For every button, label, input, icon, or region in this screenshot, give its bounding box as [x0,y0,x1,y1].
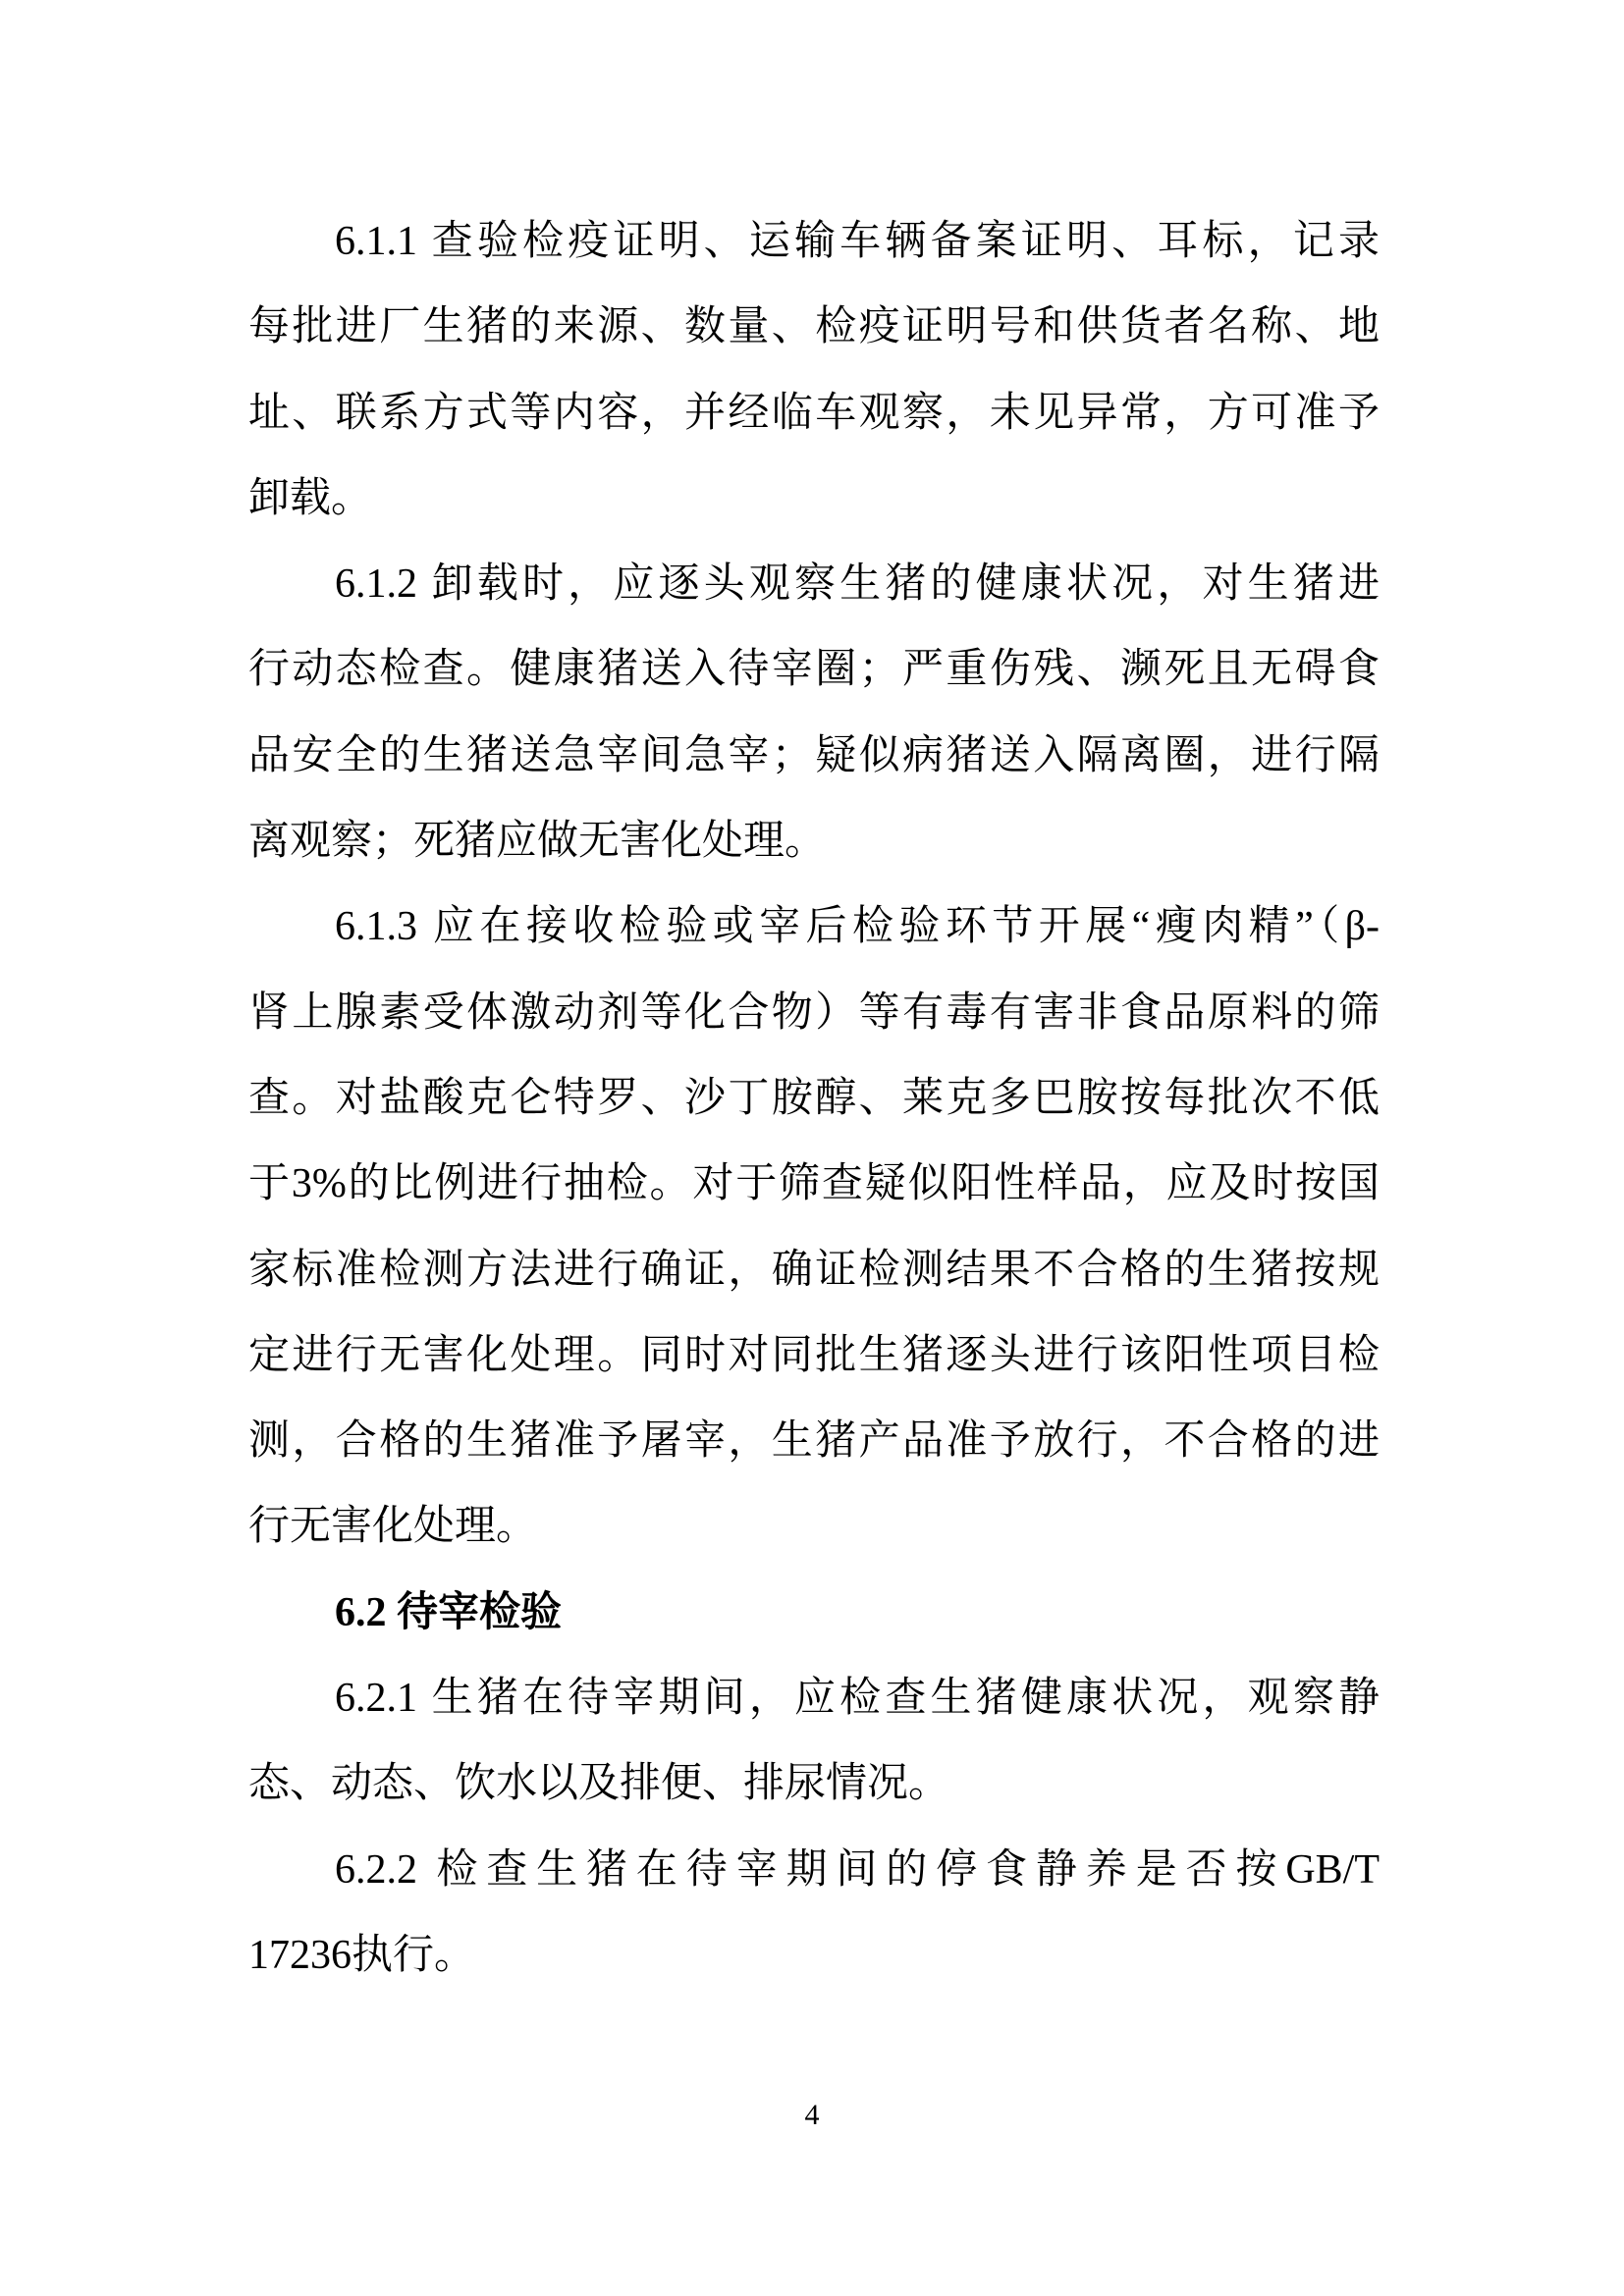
text-line: 查。对盐酸克仑特罗、沙丁胺醇、莱克多巴胺按每批次不低 [248,1056,1380,1142]
text-line: 肾上腺素受体激动剂等化合物）等有毒有害非食品原料的筛 [248,971,1380,1056]
paragraph-6-2-2: 6.2.2 检查生猪在待宰期间的停食静养是否按GB/T17236执行。 [248,1828,1380,2000]
text-line: 于3%的比例进行抽检。对于筛查疑似阳性样品，应及时按国 [248,1142,1380,1227]
document-page: 6.1.1 查验检疫证明、运输车辆备案证明、耳标，记录每批进厂生猪的来源、数量、… [0,0,1624,2296]
page-number: 4 [0,2099,1624,2131]
text-line: 6.1.1 查验检疫证明、运输车辆备案证明、耳标，记录 [248,199,1380,285]
paragraph-6-2-1: 6.2.1 生猪在待宰期间，应检查生猪健康状况，观察静态、动态、饮水以及排便、排… [248,1656,1380,1828]
paragraph-6-2: 6.2 待宰检验 [248,1571,1380,1656]
paragraph-6-1-1: 6.1.1 查验检疫证明、运输车辆备案证明、耳标，记录每批进厂生猪的来源、数量、… [248,199,1380,542]
text-line: 每批进厂生猪的来源、数量、检疫证明号和供货者名称、地 [248,285,1380,370]
paragraph-6-1-2: 6.1.2 卸载时，应逐头观察生猪的健康状况，对生猪进行动态检查。健康猪送入待宰… [248,542,1380,884]
paragraph-6-1-3: 6.1.3 应在接收检验或宰后检验环节开展“瘦肉精”（β-肾上腺素受体激动剂等化… [248,884,1380,1570]
text-line: 6.2 待宰检验 [248,1571,1380,1656]
text-line: 行无害化处理。 [248,1484,1380,1570]
text-line: 6.2.1 生猪在待宰期间，应检查生猪健康状况，观察静 [248,1656,1380,1741]
text-line: 品安全的生猪送急宰间急宰；疑似病猪送入隔离圈，进行隔 [248,714,1380,799]
text-line: 离观察；死猪应做无害化处理。 [248,799,1380,884]
text-line: 6.1.3 应在接收检验或宰后检验环节开展“瘦肉精”（β- [248,884,1380,970]
text-line: 行动态检查。健康猪送入待宰圈；严重伤残、濒死且无碍食 [248,627,1380,713]
text-line: 测，合格的生猪准予屠宰，生猪产品准予放行，不合格的进 [248,1399,1380,1484]
text-block: 6.1.1 查验检疫证明、运输车辆备案证明、耳标，记录每批进厂生猪的来源、数量、… [248,199,1380,1999]
text-line: 家标准检测方法进行确证，确证检测结果不合格的生猪按规 [248,1228,1380,1313]
text-line: 态、动态、饮水以及排便、排尿情况。 [248,1741,1380,1827]
text-line: 定进行无害化处理。同时对同批生猪逐头进行该阳性项目检 [248,1313,1380,1399]
text-line: 6.1.2 卸载时，应逐头观察生猪的健康状况，对生猪进 [248,542,1380,627]
text-line: 6.2.2 检查生猪在待宰期间的停食静养是否按GB/T [248,1828,1380,1913]
text-line: 17236执行。 [248,1913,1380,1999]
text-line: 址、联系方式等内容，并经临车观察，未见异常，方可准予 [248,371,1380,456]
text-line: 卸载。 [248,456,1380,542]
